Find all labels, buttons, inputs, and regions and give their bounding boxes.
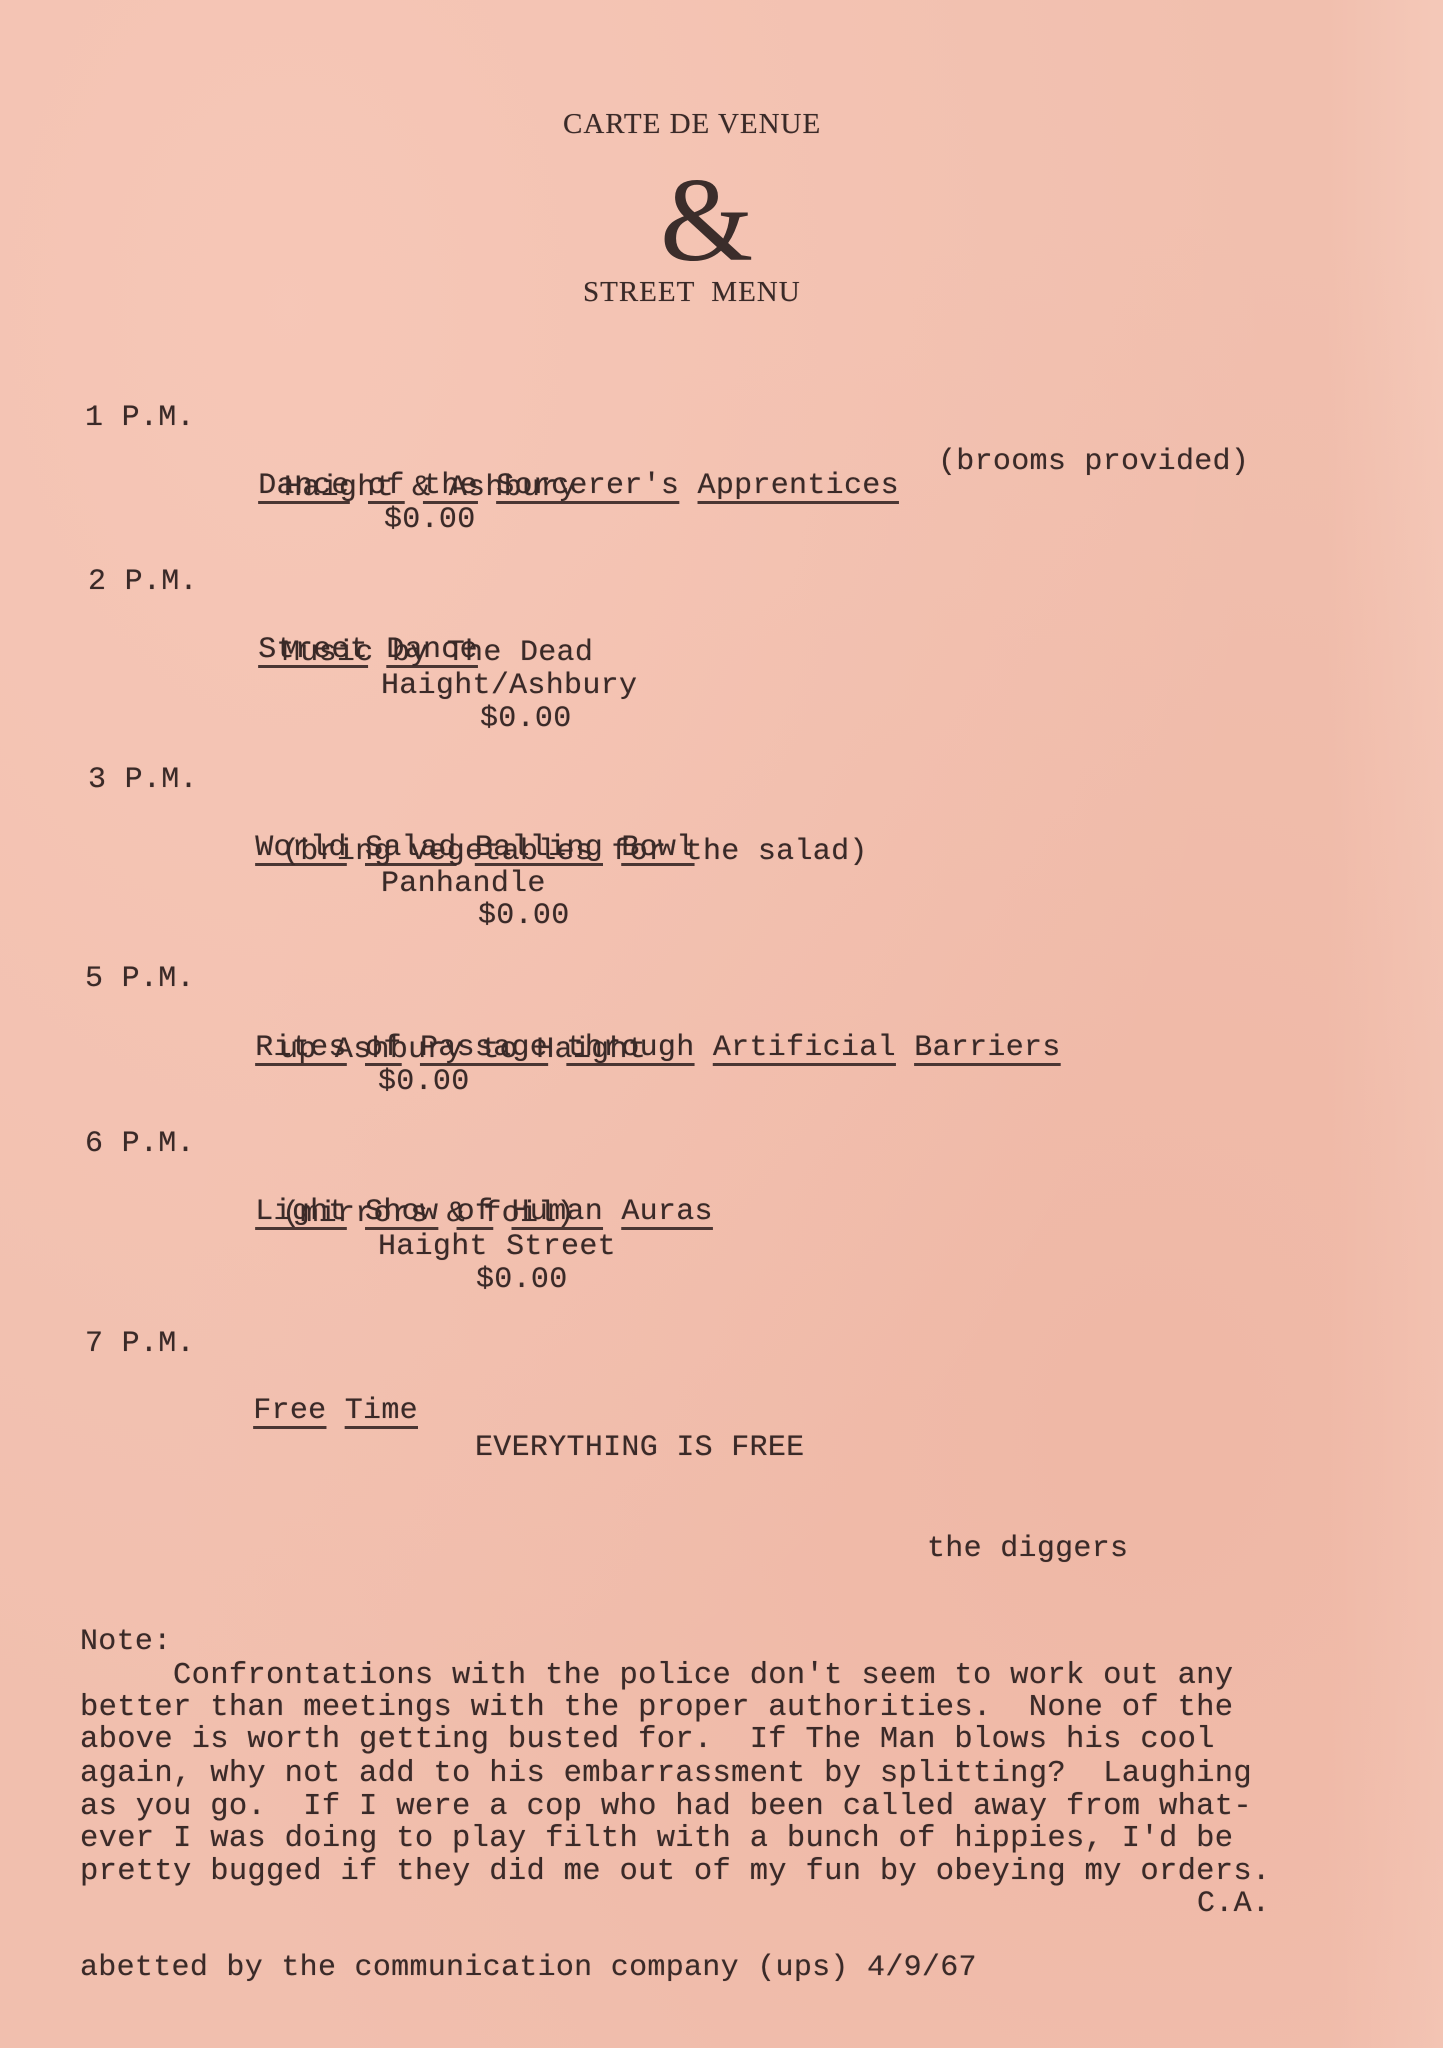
event-price: $0.00 — [384, 504, 476, 536]
event-time: 3 P.M. — [88, 764, 198, 796]
note-line: above is worth getting busted for. If Th… — [80, 1724, 1215, 1756]
event-location: Haight Street — [378, 1231, 616, 1263]
event-detail: Music by The Dead — [282, 637, 593, 669]
note-line: pretty bugged if they did me out of my f… — [80, 1856, 1271, 1888]
header-subtitle: STREET MENU — [583, 276, 801, 308]
note-line: again, why not add to his embarrassment … — [80, 1758, 1252, 1790]
event-location: Panhandle — [381, 868, 546, 900]
note-line: better than meetings with the proper aut… — [80, 1692, 1233, 1724]
event-time: 7 P.M. — [85, 1328, 195, 1360]
event-time: 5 P.M. — [85, 963, 195, 995]
event-title: Free Time — [180, 1363, 418, 1459]
event-time: 2 P.M. — [88, 566, 198, 598]
note-line: as you go. If I were a cop who had been … — [80, 1791, 1252, 1823]
note-line: ever I was doing to play filth with a bu… — [80, 1823, 1233, 1855]
event-aside: (brooms provided) — [938, 446, 1249, 478]
header-title: CARTE DE VENUE — [563, 108, 821, 140]
event-detail: (mirrors & foil) — [282, 1198, 575, 1230]
note-label: Note: — [80, 1626, 172, 1658]
note-initials: C.A. — [1197, 1888, 1270, 1920]
footer-credit: abetted by the communication company (up… — [80, 1952, 977, 1984]
event-price: $0.00 — [478, 900, 570, 932]
event-price: $0.00 — [378, 1066, 470, 1098]
event-price: $0.00 — [476, 1264, 568, 1296]
event-location: up Ashbury to Haight — [280, 1034, 646, 1066]
event-detail: (bring vegetables for the salad) — [282, 836, 868, 868]
note-line: Confrontations with the police don't see… — [80, 1660, 1233, 1692]
event-price: $0.00 — [480, 703, 572, 735]
event-time: 1 P.M. — [85, 402, 195, 434]
signature: the diggers — [927, 1533, 1128, 1565]
event-time: 6 P.M. — [85, 1128, 195, 1160]
event-location: Haight & Ashbury — [284, 472, 577, 504]
slogan: EVERYTHING IS FREE — [475, 1432, 804, 1464]
event-location: Haight/Ashbury — [381, 670, 637, 702]
ampersand-glyph: & — [660, 160, 753, 280]
